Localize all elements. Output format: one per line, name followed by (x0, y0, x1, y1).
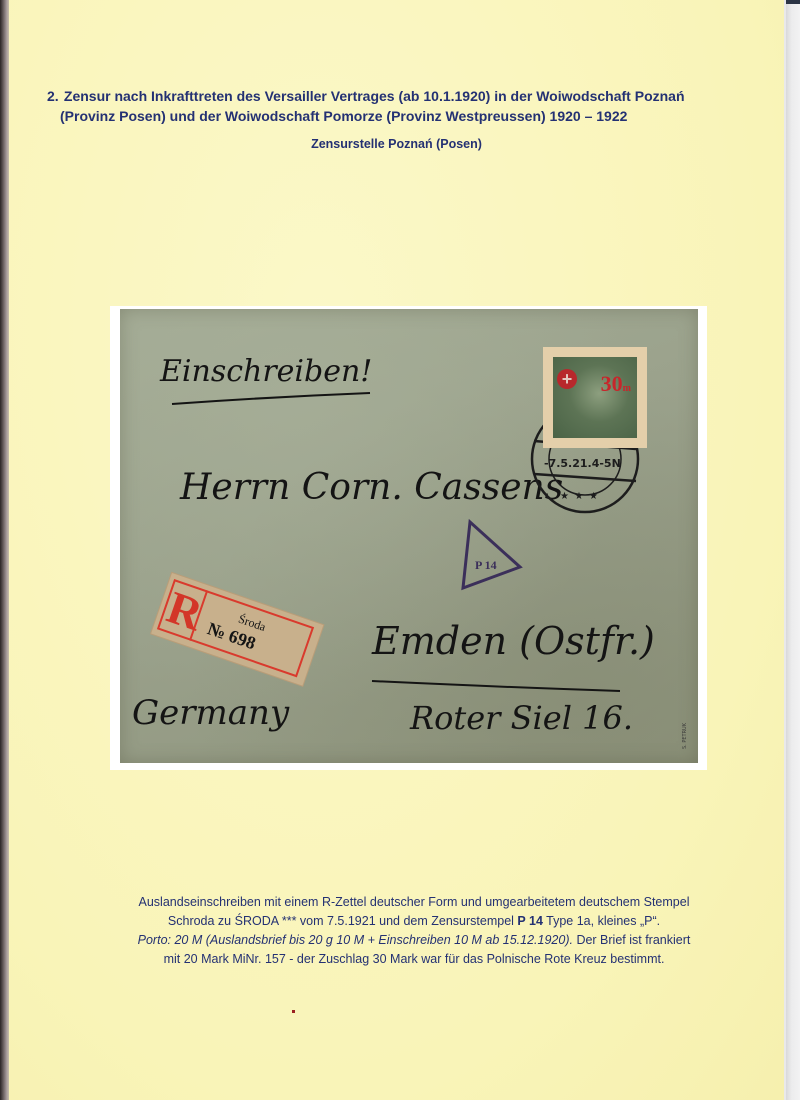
description-line-4: mit 20 Mark MiNr. 157 - der Zuschlag 30 … (69, 950, 759, 969)
scanner-left-edge (0, 0, 9, 1100)
stamp-surcharge: 30m (601, 371, 631, 397)
scanner-right-edge (786, 0, 800, 1100)
handwriting-city: Emden (Ostfr.) (371, 619, 655, 663)
page-subtitle: Zensurstelle Poznań (Posen) (9, 137, 784, 151)
postmark-date: -7.5.21.4-5N (544, 457, 621, 470)
album-page: 2. Zensur nach Inkrafttreten des Versail… (9, 0, 784, 1100)
red-cross-icon: + (557, 369, 577, 389)
svg-text:★ ★ ★: ★ ★ ★ (560, 491, 598, 502)
envelope: Einschreiben! Herrn Corn. Cassens Emden … (120, 309, 698, 763)
description: Auslandseinschreiben mit einem R-Zettel … (69, 893, 759, 969)
stamp-design: + 30m (553, 357, 637, 438)
heading-line-2: (Provinz Posen) und der Woiwodschaft Pom… (47, 106, 767, 126)
heading-number: 2. (47, 86, 60, 106)
underline-city (372, 681, 620, 691)
postage-stamp: + 30m (545, 349, 645, 446)
speck (292, 1010, 295, 1013)
censor-mark: P 14 (463, 522, 520, 588)
underline-registered (172, 393, 370, 404)
handwriting-recipient: Herrn Corn. Cassens (179, 467, 563, 508)
censor-mark-text: P 14 (475, 558, 497, 572)
description-line-2: Schroda zu ŚRODA *** vom 7.5.1921 und de… (69, 912, 759, 931)
page-heading: 2. Zensur nach Inkrafttreten des Versail… (47, 86, 767, 126)
heading-line-1: Zensur nach Inkrafttreten des Versailler… (64, 88, 685, 104)
handwriting-street: Roter Siel 16. (409, 699, 633, 737)
handwriting-country: Germany (132, 693, 290, 733)
photographer-mark: S. PETRUK (682, 722, 688, 749)
description-line-1: Auslandseinschreiben mit einem R-Zettel … (69, 893, 759, 912)
description-line-3: Porto: 20 M (Auslandsbrief bis 20 g 10 M… (69, 931, 759, 950)
handwriting-registered: Einschreiben! (159, 354, 372, 389)
cover-photo: Einschreiben! Herrn Corn. Cassens Emden … (110, 306, 707, 770)
